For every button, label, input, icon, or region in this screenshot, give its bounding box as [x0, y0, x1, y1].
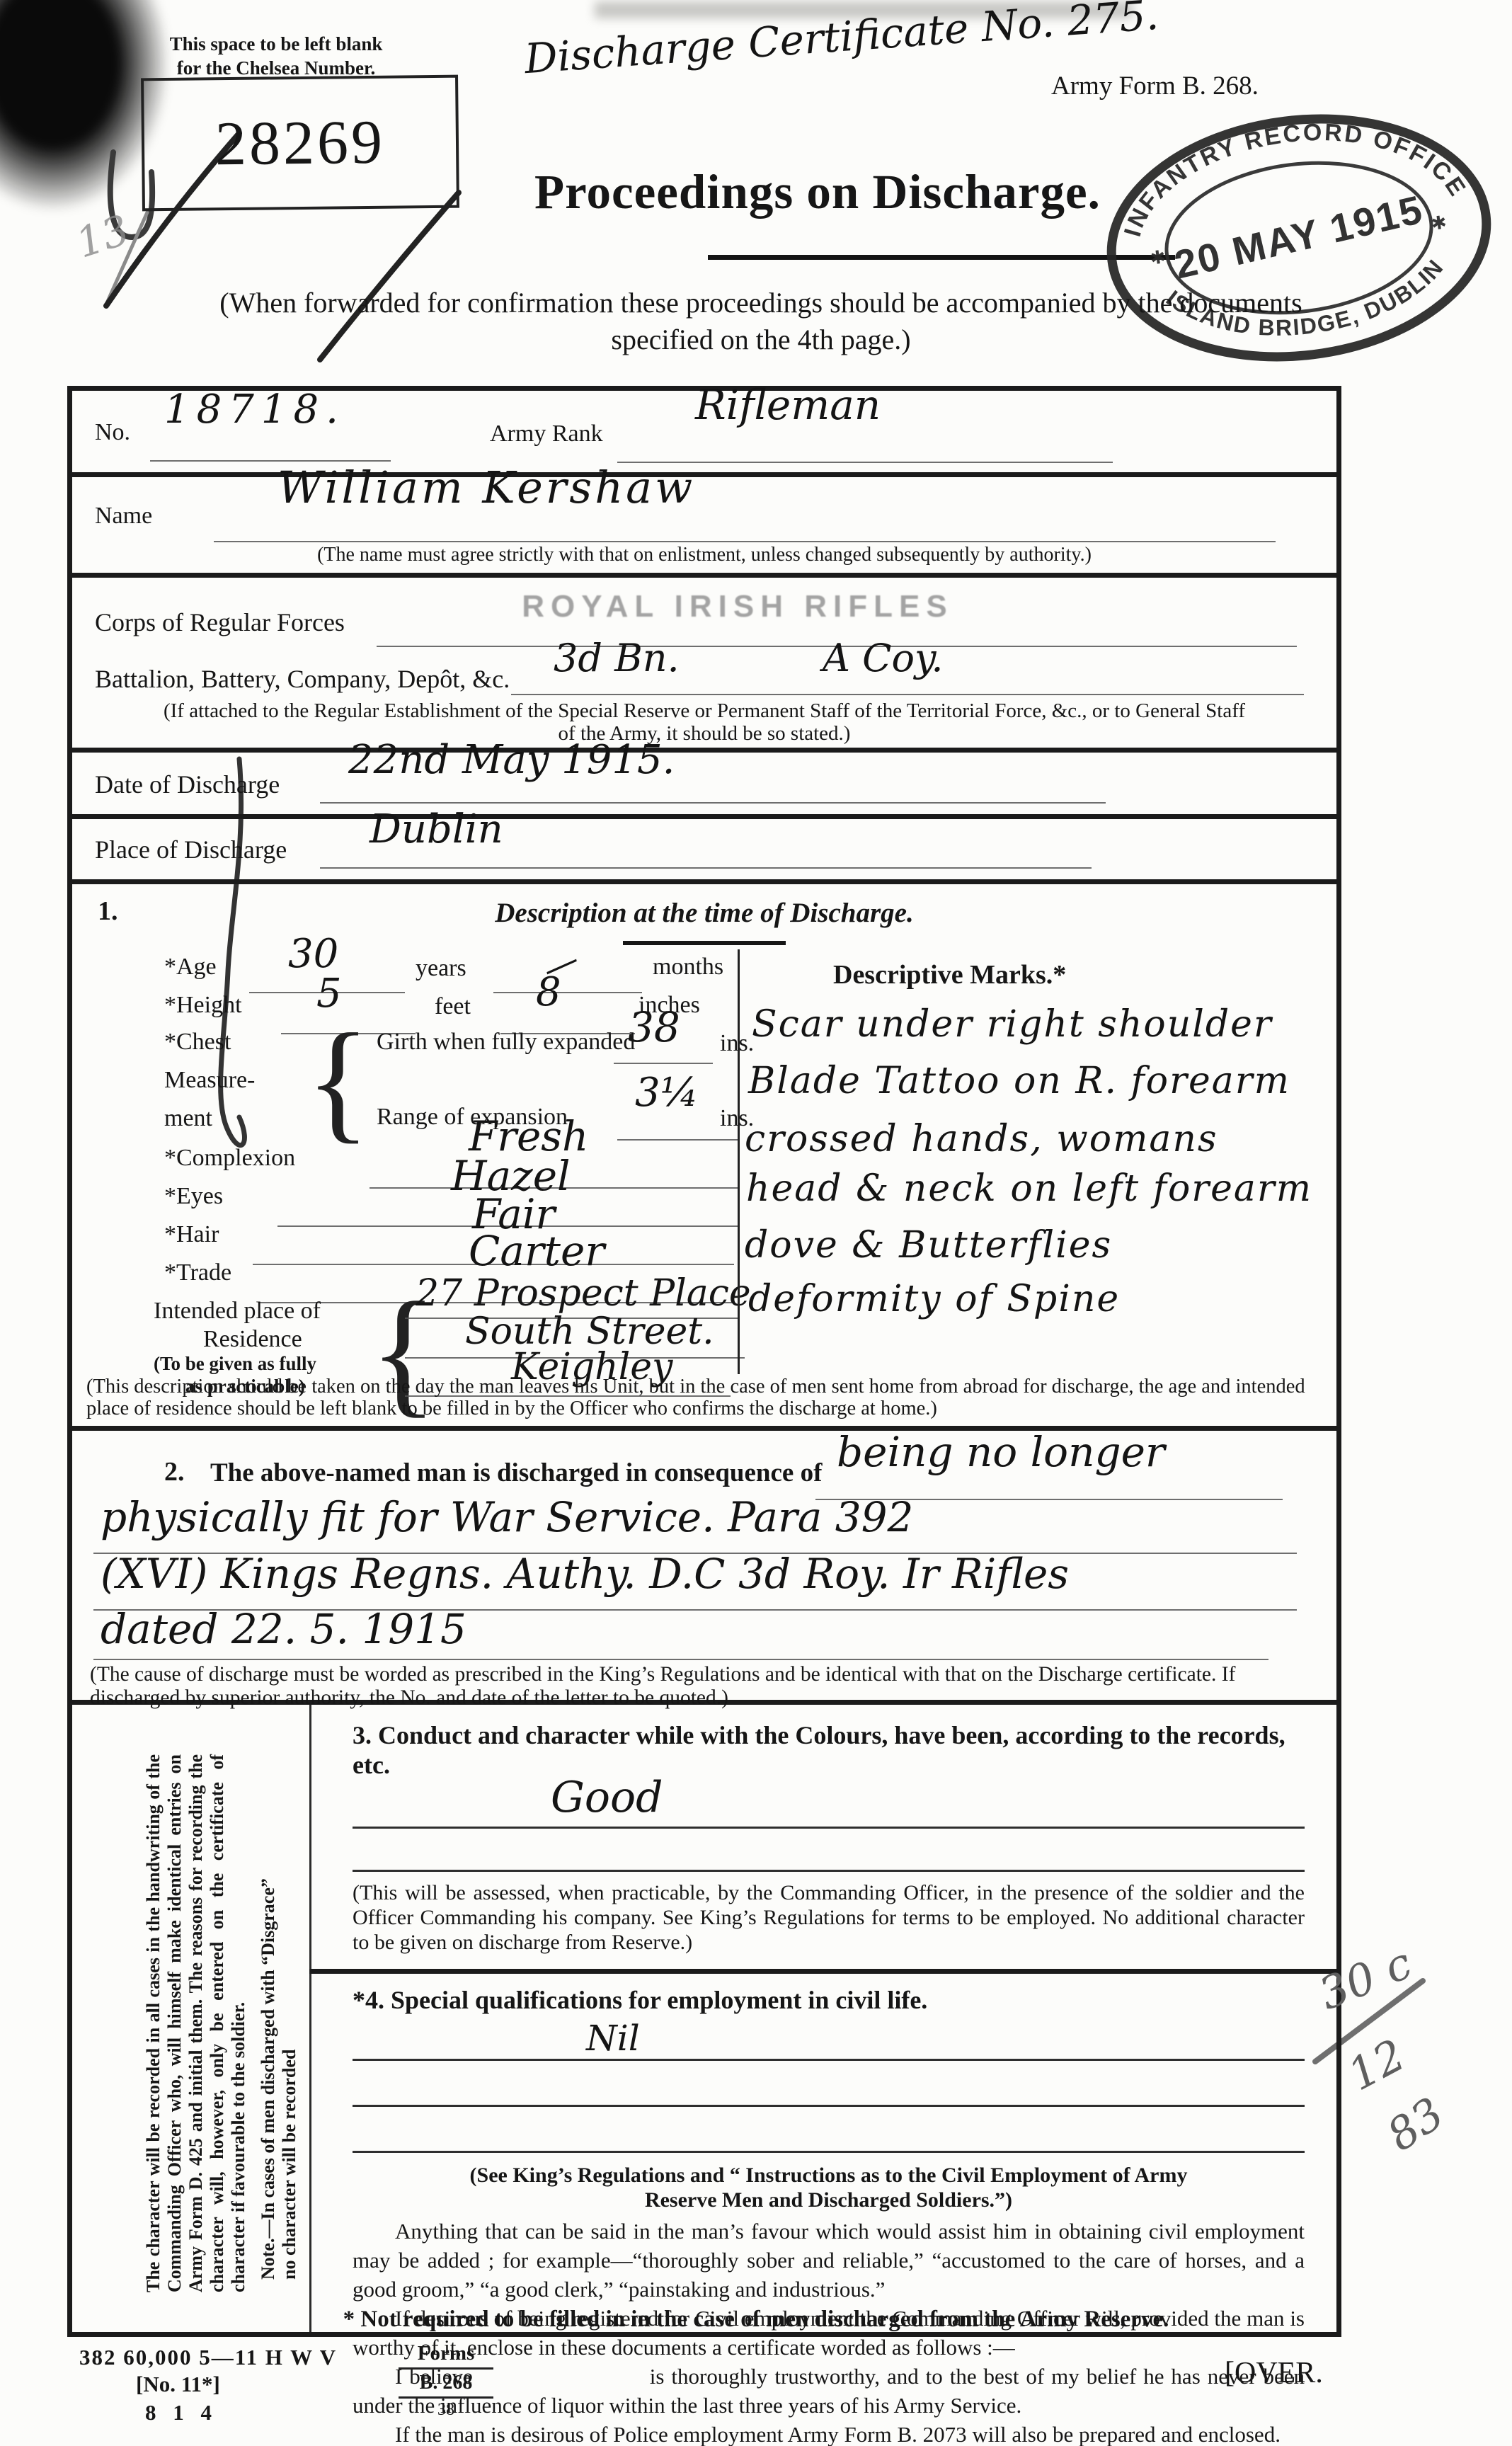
conduct-write-line: Good [353, 1780, 1305, 1829]
corps-label: Corps of Regular Forces [95, 607, 345, 637]
date-of-discharge-label: Date of Discharge [95, 770, 280, 799]
eyes-label: *Eyes [164, 1183, 223, 1210]
section-3-lead: 3. Conduct and character while with the … [353, 1720, 1305, 1780]
girth-label: Girth when fully expanded [377, 1029, 635, 1056]
battalion-label: Battalion, Battery, Company, Depôt, &c. [95, 664, 510, 694]
row-number-rank: No. 18718. Army Rank Rifleman [72, 391, 1336, 477]
section-4-number: *4. [353, 1986, 384, 2014]
regimental-number-label: No. [95, 419, 130, 446]
forms-block-mid: B. 268 [393, 2372, 499, 2394]
pencil-number-13: 13 [70, 205, 134, 267]
qualifications-blank-line-1 [353, 2061, 1305, 2107]
cause-hand-line3: (XVI) Kings Regns. Authy. D.C 3d Roy. Ir… [101, 1550, 1069, 1598]
chest-label-line1: *Chest [164, 1029, 231, 1056]
description-note: (This description should be taken on the… [86, 1376, 1318, 1419]
row-place-of-discharge: Place of Discharge Dublin [72, 819, 1336, 884]
section-4-lead: *4. Special qualifications for employmen… [353, 1985, 1305, 2015]
height-inches-value: 8 [536, 969, 561, 1015]
battalion-note-line2: of the Army, it should be so stated.) [72, 722, 1336, 745]
descriptive-marks-line: deformity of Spine [748, 1278, 1120, 1320]
scanned-discharge-form-page: 13 This space to be left blank for the C… [0, 0, 1512, 2446]
residence-label-line1: Intended place of [154, 1298, 321, 1325]
ruled-line [320, 867, 1092, 869]
descriptive-marks-line: Scar under right shoulder [752, 1003, 1273, 1046]
ruled-line [214, 541, 1276, 542]
civil-employment-para-4: If the man is desirous of Police employm… [353, 2420, 1305, 2446]
forms-block-rule-1 [399, 2367, 493, 2370]
age-months-label: months [653, 954, 723, 981]
chest-label-line2: Measure- [164, 1067, 255, 1094]
battalion-value-1: 3d Bn. [554, 636, 680, 680]
section-divider-rule [309, 1969, 1336, 1974]
imprint-line-3: 8 1 4 [145, 2400, 217, 2425]
description-heading: Description at the time of Discharge. [72, 897, 1336, 929]
height-label: *Height [164, 992, 242, 1019]
section-3-text: Conduct and character while with the Col… [353, 1721, 1285, 1779]
forwarding-note-line2: specified on the 4th page.) [71, 321, 1451, 358]
age-label: *Age [164, 954, 217, 981]
row-name: Name William Kershaw (The name must agre… [72, 477, 1336, 578]
cause-hand-inline: being no longer [837, 1428, 1165, 1476]
chelsea-number-box: 28269 [141, 75, 459, 212]
cause-hand-line2: physically fit for War Service. Para 392 [101, 1493, 913, 1541]
girth-value: 38 [628, 1003, 680, 1051]
section-3-number: 3. [353, 1721, 372, 1749]
cause-hand-line4: dated 22. 5. 1915 [101, 1605, 466, 1653]
forwarding-note-line1: (When forwarded for confirmation these p… [71, 285, 1451, 321]
stamp-star-right: ✱ [1430, 212, 1448, 234]
residence-value-line1: 27 Prospect Place [416, 1272, 751, 1315]
descriptive-marks-line: head & neck on left forearm [746, 1167, 1312, 1210]
sidebar-character-note: The character will be recorded in all ca… [143, 1754, 249, 2292]
cause-lead: The above-named man is discharged in con… [210, 1458, 822, 1488]
height-feet-label: feet [435, 993, 471, 1020]
civil-employment-para-1: Anything that can be said in the man’s f… [353, 2217, 1305, 2304]
qualifications-blank-line-2 [353, 2107, 1305, 2153]
imprint-line-1: 382 60,000 5—11 H W V [79, 2345, 337, 2370]
trade-value: Carter [469, 1227, 605, 1275]
forms-block-top: Forms [393, 2342, 499, 2365]
corps-stamp-value: ROYAL IRISH RIFLES [469, 589, 1007, 624]
descriptive-marks-heading: Descriptive Marks.* [833, 959, 1066, 990]
residence-note-line1: (To be given as fully [154, 1353, 316, 1375]
ruled-line [511, 694, 1304, 695]
residence-label-line2: Residence [203, 1326, 302, 1353]
reserve-footnote: * Not required to be filled in in the ca… [0, 2307, 1512, 2333]
ruled-line [320, 802, 1106, 804]
trade-label: *Trade [164, 1259, 231, 1286]
description-heading-rule [623, 941, 786, 945]
descriptive-marks-line: Blade Tattoo on R. forearm [748, 1060, 1290, 1102]
date-of-discharge-value: 22nd May 1915. [348, 737, 675, 783]
stamp-star-left: ✱ [1149, 246, 1167, 268]
imprint-line-2: [No. 11*] [136, 2372, 220, 2397]
complexion-label: *Complexion [164, 1145, 295, 1172]
forms-block-rule-2 [399, 2396, 493, 2399]
over-marker: [OVER. [1225, 2356, 1323, 2390]
chelsea-blank-note-line1: This space to be left blank [145, 33, 407, 57]
row-corps-battalion: Corps of Regular Forces ROYAL IRISH RIFL… [72, 578, 1336, 753]
place-of-discharge-label: Place of Discharge [95, 835, 287, 864]
descriptive-marks-line: dove & Butterflies [745, 1224, 1112, 1267]
hair-label: *Hair [164, 1221, 219, 1248]
qualifications-value: Nil [586, 2018, 640, 2059]
descriptive-marks-line: crossed hands, womans [745, 1118, 1218, 1160]
chest-label-line3: ment [164, 1105, 212, 1132]
conduct-value: Good [551, 1773, 663, 1822]
page-title: Proceedings on Discharge. [534, 164, 1101, 220]
conduct-blank-line [353, 1829, 1305, 1872]
forms-block-bottom: 38 [393, 2401, 499, 2420]
section-2-number: 2. [164, 1456, 185, 1487]
chelsea-number: 28269 [214, 106, 385, 180]
army-rank-label: Army Rank [490, 421, 603, 447]
description-column-divider [738, 949, 740, 1374]
chest-brace: { [306, 1017, 370, 1145]
row-date-of-discharge: Date of Discharge 22nd May 1915. [72, 753, 1336, 819]
see-regulations-note: (See King’s Regulations and “ Instructio… [447, 2163, 1211, 2212]
age-years-label: years [416, 955, 466, 982]
name-note: (The name must agree strictly with that … [72, 544, 1336, 566]
ruled-line [93, 1659, 1268, 1660]
ruled-line [493, 992, 642, 993]
name-value: William Kershaw [277, 462, 695, 513]
form-box: No. 18718. Army Rank Rifleman Name Willi… [67, 386, 1341, 2337]
sidebar-disgrace-note: Note.—In cases of men discharged with “D… [258, 1863, 300, 2280]
range-value: 3¼ [635, 1070, 699, 1116]
qualifications-write-line: Nil [353, 2015, 1305, 2061]
ruled-line [614, 1063, 713, 1064]
row-cause-of-discharge: 2. The above-named man is discharged in … [72, 1431, 1336, 1705]
section-4-text: Special qualifications for employment in… [391, 1986, 927, 2014]
battalion-note-line1: (If attached to the Regular Establishmen… [72, 699, 1336, 723]
army-form-number: Army Form B. 268. [1051, 71, 1259, 101]
forms-block: Forms B. 268 38 [393, 2342, 499, 2420]
pencil-figure-12: 12 [1339, 2029, 1413, 2101]
conduct-note: (This will be assessed, when practicable… [353, 1880, 1305, 1955]
row-description: 1. Description at the time of Discharge.… [72, 884, 1336, 1431]
name-label: Name [95, 503, 152, 530]
chelsea-blank-note: This space to be left blank for the Chel… [145, 33, 407, 81]
regimental-number-value: 18718. [164, 387, 345, 433]
pencil-figure-83: 83 [1378, 2087, 1453, 2161]
army-rank-value: Rifleman [695, 381, 881, 429]
cause-note: (The cause of discharge must be worded a… [90, 1663, 1315, 1710]
conduct-main-column: 3. Conduct and character while with the … [309, 1705, 1336, 2332]
stamp-date: 20 MAY 1915 [1170, 187, 1427, 287]
battalion-value-2: A Coy. [823, 636, 944, 680]
forwarding-note: (When forwarded for confirmation these p… [71, 285, 1451, 358]
place-of-discharge-value: Dublin [370, 806, 503, 852]
row-conduct-and-qualifications: The character will be recorded in all ca… [72, 1705, 1336, 2332]
ruled-line [617, 1139, 738, 1141]
